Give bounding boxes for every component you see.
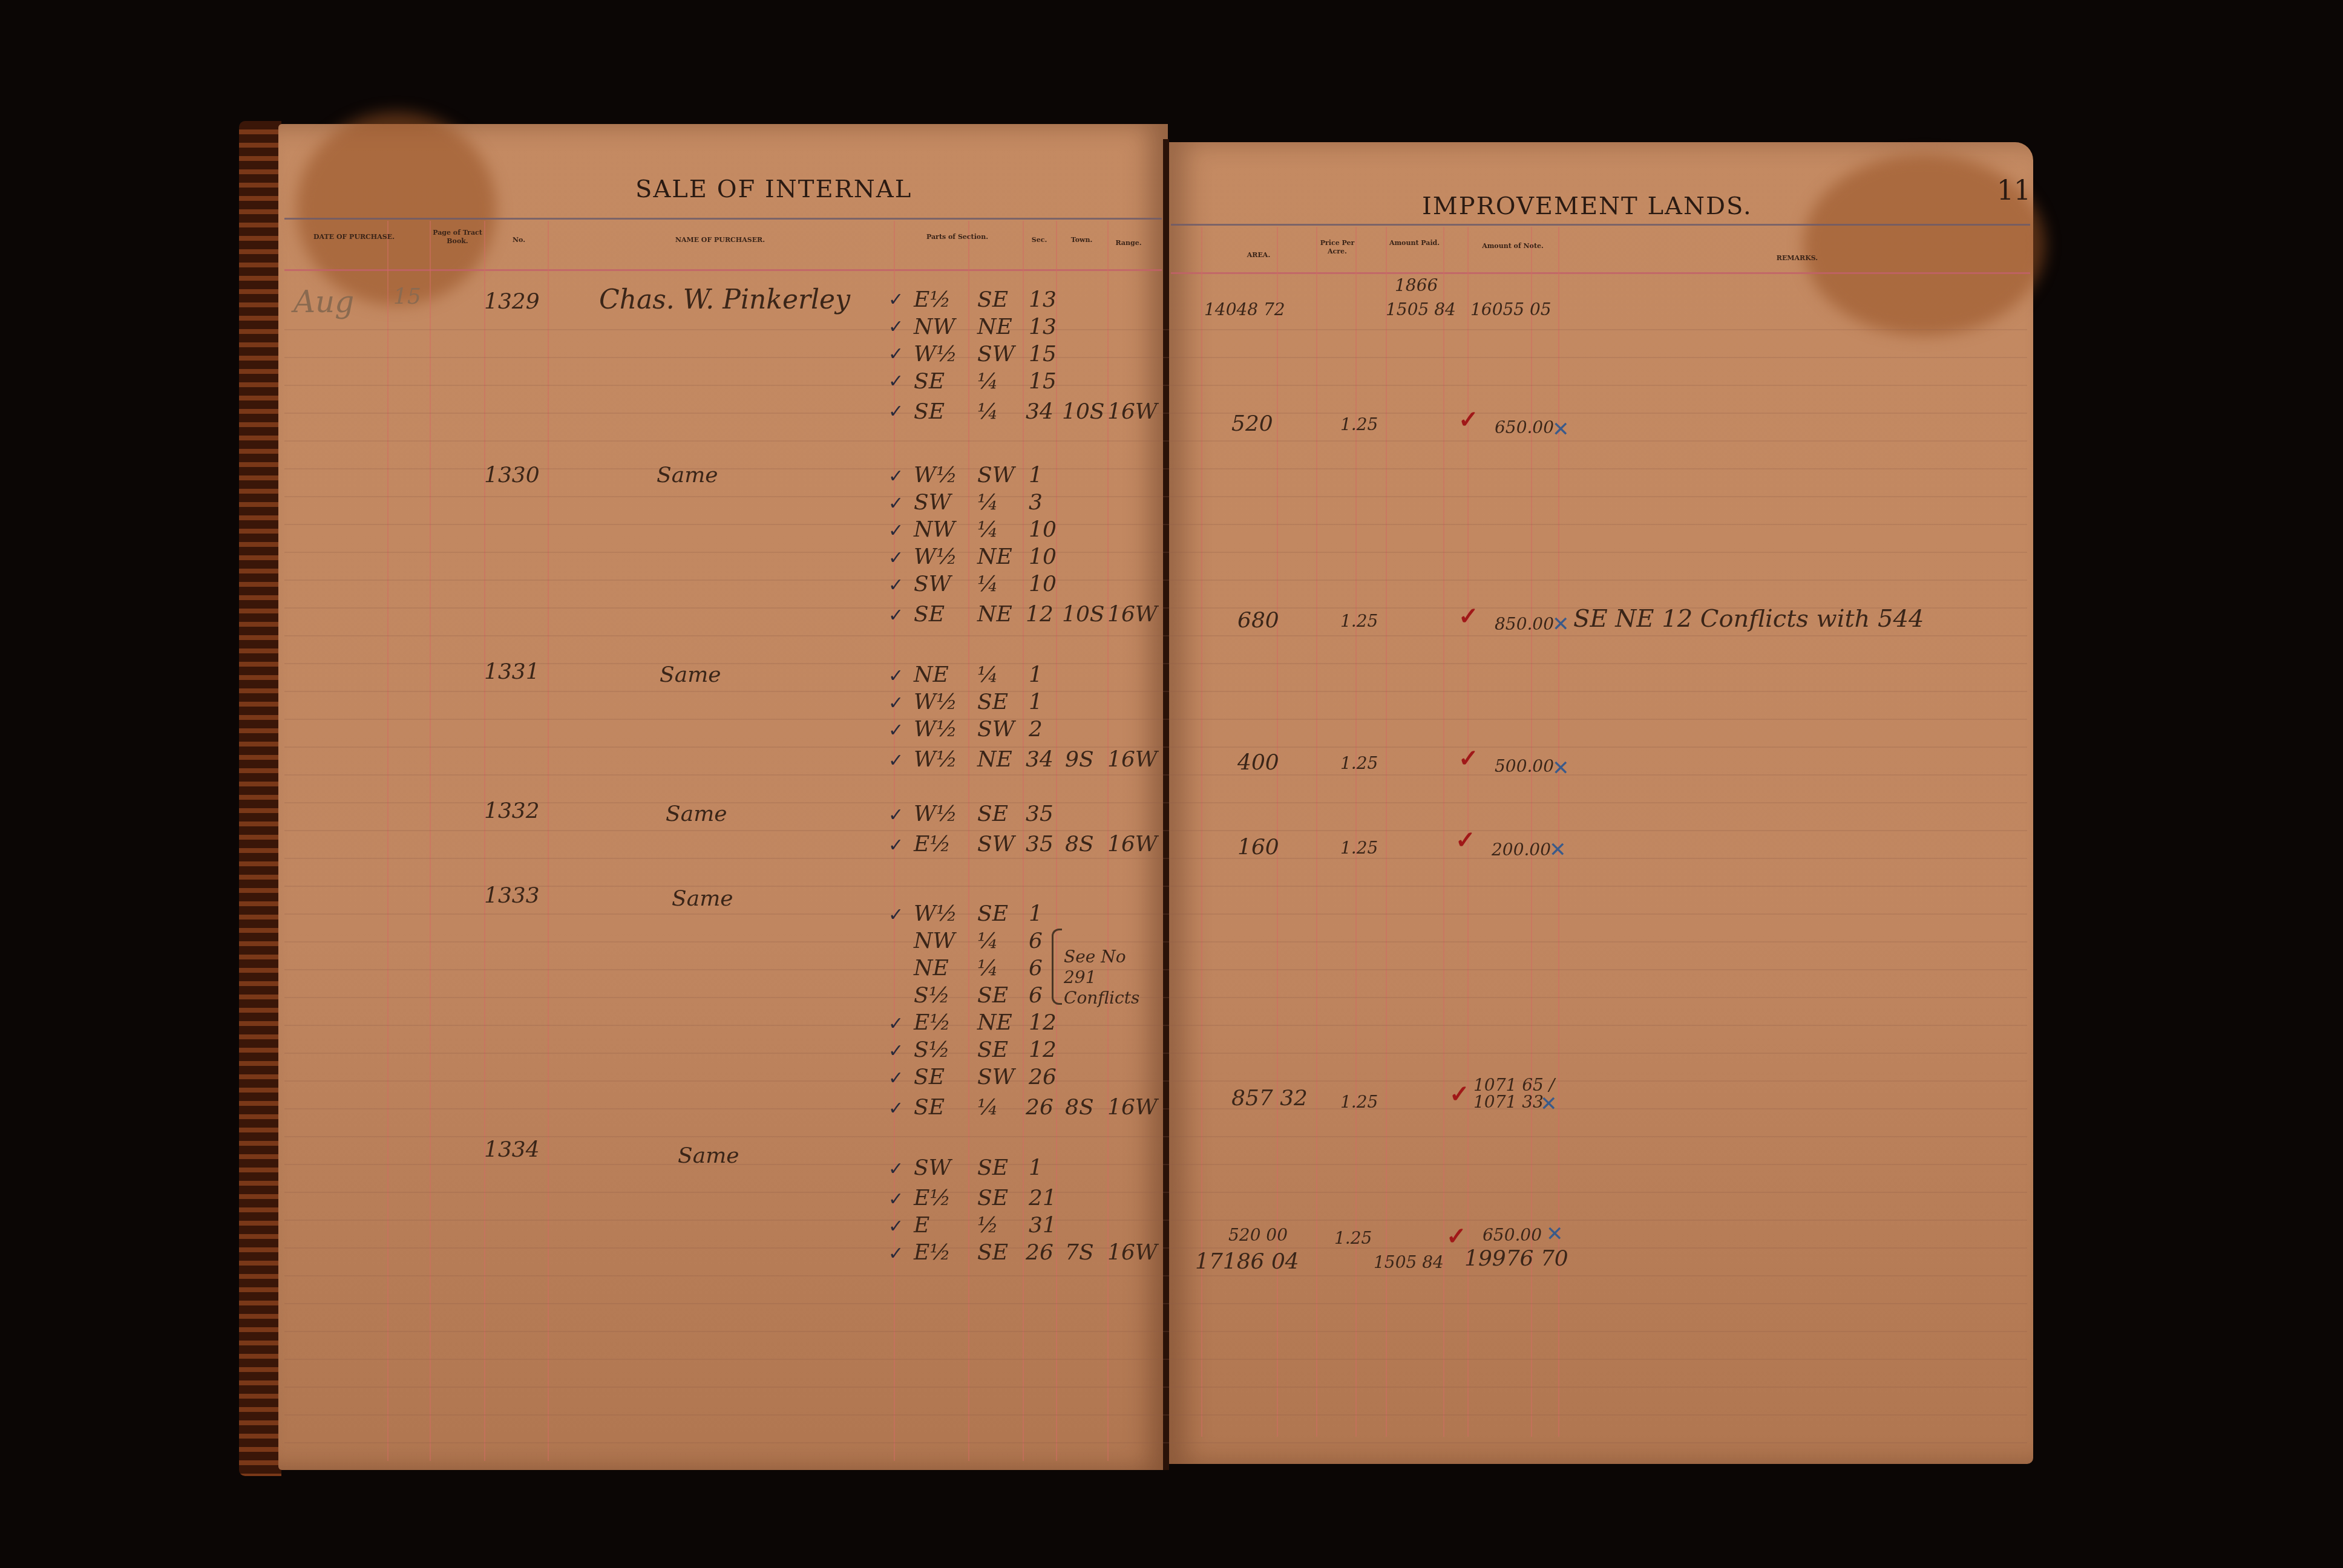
header-bottom-rule-right [1171, 272, 2030, 274]
entry-area: 520 00 [1228, 1225, 1288, 1245]
header-top-rule [284, 218, 1162, 220]
parcel-quarter: SE [977, 1155, 1008, 1180]
entry-price: 1.25 [1340, 1092, 1378, 1112]
header-top-rule-right [1171, 224, 2030, 226]
header-area: AREA. [1201, 251, 1316, 260]
parcel-quarter: ¼ [977, 517, 998, 542]
parcel-sec: 21 [1029, 1186, 1057, 1210]
parcel-part: SW [914, 490, 951, 515]
ruled-lines [284, 302, 2027, 1464]
parcel-sec: 6 [1029, 956, 1043, 981]
parcel-part: W½ [914, 463, 957, 488]
parcel-town: 10S [1062, 602, 1104, 627]
parcel-range: 16W [1107, 602, 1158, 627]
red-check-icon: ✓ [1458, 744, 1479, 773]
parcel-sec: 13 [1029, 315, 1057, 339]
entry-no: 1329 [484, 289, 540, 314]
red-check-icon: ✓ [1458, 602, 1479, 630]
check-icon: ✓ [888, 605, 903, 626]
check-icon: ✓ [888, 316, 903, 338]
parcel-quarter: SE [977, 287, 1008, 312]
header-parts: Parts of Section. [894, 233, 1021, 241]
parcel-quarter: SW [977, 1065, 1015, 1089]
red-check-icon: ✓ [1446, 1222, 1467, 1250]
parcel-quarter: SW [977, 717, 1015, 742]
parcel-part: SE [914, 399, 945, 424]
entry-note: 650.00 [1483, 1225, 1542, 1245]
parcel-sec: 1 [1029, 901, 1043, 926]
parcel-quarter: SE [977, 983, 1008, 1008]
water-stain [297, 112, 496, 305]
parcel-quarter: SW [977, 463, 1015, 488]
parcel-part: E [914, 1213, 929, 1238]
check-icon: ✓ [888, 1158, 903, 1180]
date-month: Aug [293, 284, 354, 319]
bracket-icon [1052, 929, 1062, 1005]
check-icon: ✓ [888, 665, 903, 687]
parcel-sec: 26 [1029, 1065, 1057, 1089]
parcel-range: 16W [1107, 1095, 1158, 1120]
carried-note: 16055 05 [1470, 299, 1552, 319]
parcel-sec: 10 [1029, 544, 1057, 569]
parcel-quarter: NE [977, 544, 1012, 569]
parcel-part: SE [914, 1095, 945, 1120]
parcel-sec: 6 [1029, 983, 1043, 1008]
parcel-sec: 1 [1029, 690, 1043, 714]
parcel-quarter: ¼ [977, 399, 998, 424]
parcel-part: NE [914, 956, 949, 981]
parcel-quarter: SE [977, 1037, 1008, 1062]
parcel-part: S½ [914, 1037, 950, 1062]
parcel-sec: 31 [1029, 1213, 1057, 1238]
parcel-part: NW [914, 929, 955, 953]
blue-x-mark-icon: ✕ [1540, 1092, 1558, 1116]
red-check-icon: ✓ [1449, 1080, 1470, 1108]
entry-area: 857 32 [1231, 1086, 1308, 1111]
parcel-quarter: NE [977, 315, 1012, 339]
parcel-part: W½ [914, 802, 957, 826]
check-icon: ✓ [888, 547, 903, 569]
parcel-quarter: SE [977, 901, 1008, 926]
parcel-quarter: SW [977, 832, 1015, 857]
check-icon: ✓ [888, 493, 903, 514]
parcel-town: 10S [1062, 399, 1104, 424]
carried-year-mark: 1866 [1395, 275, 1438, 295]
parcel-part: W½ [914, 342, 957, 367]
parcel-quarter: ¼ [977, 662, 998, 687]
parcel-sec: 15 [1029, 342, 1057, 367]
header-date: DATE OF PURCHASE. [284, 233, 424, 241]
purchaser-name: Same [660, 662, 721, 687]
check-icon: ✓ [888, 520, 903, 541]
parcel-sec: 12 [1029, 1037, 1057, 1062]
purchaser-name: Chas. W. Pinkerley [599, 284, 850, 315]
parcel-range: 16W [1107, 832, 1158, 857]
parcel-part: W½ [914, 747, 957, 772]
blue-x-mark-icon: ✕ [1546, 1222, 1564, 1246]
parcel-quarter: NE [977, 602, 1012, 627]
parcel-sec: 12 [1029, 1010, 1057, 1035]
check-icon: ✓ [888, 1013, 903, 1034]
header-bottom-rule [284, 269, 1162, 271]
parcel-sec: 10 [1029, 517, 1057, 542]
red-check-icon: ✓ [1458, 405, 1479, 434]
parcel-range: 16W [1107, 1240, 1158, 1265]
right-page-title: IMPROVEMENT LANDS. [1422, 192, 1752, 220]
purchaser-name: Same [666, 802, 727, 826]
parcel-sec: 10 [1029, 572, 1057, 596]
carried-paid: 1505 84 [1386, 299, 1456, 319]
parcel-quarter: SW [977, 342, 1015, 367]
check-icon: ✓ [888, 835, 903, 856]
parcel-sec: 15 [1029, 369, 1057, 394]
entry-price: 1.25 [1340, 838, 1378, 858]
entry-price: 1.25 [1340, 414, 1378, 434]
check-icon: ✓ [888, 1243, 903, 1264]
parcel-sec: 3 [1029, 490, 1043, 515]
entry-no: 1334 [484, 1137, 540, 1162]
parcel-sec: 12 [1026, 602, 1054, 627]
header-remarks: REMARKS. [1725, 254, 1870, 263]
entry-note: 850.00 [1495, 614, 1554, 634]
parcel-town: 8S [1065, 832, 1094, 857]
entry-remark: SE NE 12 Conflicts with 544 [1573, 605, 1924, 633]
parcel-quarter: SE [977, 1240, 1008, 1265]
blue-x-mark-icon: ✕ [1552, 417, 1570, 442]
parcel-sec: 26 [1026, 1095, 1054, 1120]
header-tract-page: Page of Tract Book. [431, 229, 484, 246]
entry-area: 520 [1231, 411, 1273, 436]
bracket-note: See No 291 Conflicts [1064, 947, 1155, 1008]
purchaser-name: Same [657, 463, 718, 488]
check-icon: ✓ [888, 1189, 903, 1210]
entry-no: 1333 [484, 883, 540, 908]
parcel-quarter: ¼ [977, 572, 998, 596]
entry-no: 1331 [484, 659, 540, 684]
parcel-quarter: ¼ [977, 1095, 998, 1120]
purchaser-name: Same [672, 886, 733, 911]
header-purchaser: NAME OF PURCHASER. [548, 236, 893, 244]
entry-price: 1.25 [1340, 753, 1378, 773]
left-page-title: SALE OF INTERNAL [635, 175, 912, 203]
red-check-icon: ✓ [1455, 826, 1476, 854]
header-note: Amount of Note. [1467, 242, 1558, 250]
parcel-town: 8S [1065, 1095, 1094, 1120]
check-icon: ✓ [888, 575, 903, 596]
parcel-part: NE [914, 662, 949, 687]
parcel-part: SE [914, 369, 945, 394]
parcel-quarter: NE [977, 747, 1012, 772]
entry-area: 400 [1237, 750, 1279, 775]
parcel-quarter: SE [977, 1186, 1008, 1210]
parcel-part: E½ [914, 1240, 951, 1265]
parcel-quarter: SE [977, 690, 1008, 714]
check-icon: ✓ [888, 344, 903, 365]
check-icon: ✓ [888, 1040, 903, 1062]
parcel-range: 16W [1107, 399, 1158, 424]
parcel-part: W½ [914, 690, 957, 714]
check-icon: ✓ [888, 1068, 903, 1089]
parcel-part: SW [914, 1155, 951, 1180]
book-spine [239, 121, 281, 1476]
parcel-quarter: ½ [977, 1213, 998, 1238]
parcel-sec: 34 [1026, 399, 1054, 424]
parcel-part: E½ [914, 832, 951, 857]
entry-area: 680 [1237, 608, 1279, 633]
entry-no: 1330 [484, 463, 540, 488]
parcel-part: W½ [914, 901, 957, 926]
parcel-part: E½ [914, 1186, 951, 1210]
total-paid: 1505 84 [1374, 1252, 1444, 1272]
check-icon: ✓ [888, 1216, 903, 1237]
check-icon: ✓ [888, 401, 903, 422]
parcel-sec: 35 [1026, 832, 1054, 857]
entry-no: 1332 [484, 799, 540, 823]
parcel-quarter: NE [977, 1010, 1012, 1035]
entry-note: 650.00 [1495, 417, 1554, 437]
header-range: Range. [1107, 239, 1150, 247]
parcel-sec: 6 [1029, 929, 1043, 953]
parcel-town: 7S [1065, 1240, 1094, 1265]
purchaser-name: Same [678, 1143, 739, 1168]
parcel-quarter: ¼ [977, 929, 998, 953]
parcel-sec: 26 [1026, 1240, 1054, 1265]
parcel-quarter: SE [977, 802, 1008, 826]
parcel-quarter: ¼ [977, 956, 998, 981]
check-icon: ✓ [888, 805, 903, 826]
parcel-sec: 1 [1029, 662, 1043, 687]
check-icon: ✓ [888, 1098, 903, 1119]
parcel-part: SW [914, 572, 951, 596]
parcel-sec: 34 [1026, 747, 1054, 772]
parcel-part: E½ [914, 287, 951, 312]
parcel-sec: 13 [1029, 287, 1057, 312]
header-paid: Amount Paid. [1386, 239, 1443, 247]
date-day: 15 [393, 284, 421, 309]
parcel-part: NW [914, 517, 955, 542]
entry-area: 160 [1237, 835, 1279, 860]
parcel-part: SE [914, 1065, 945, 1089]
total-note: 19976 70 [1464, 1246, 1568, 1271]
parcel-range: 16W [1107, 747, 1158, 772]
parcel-quarter: ¼ [977, 490, 998, 515]
blue-x-mark-icon: ✕ [1552, 612, 1570, 636]
parcel-part: W½ [914, 717, 957, 742]
parcel-sec: 35 [1026, 802, 1054, 826]
total-area: 17186 04 [1195, 1249, 1299, 1274]
header-town: Town. [1056, 236, 1107, 244]
parcel-part: S½ [914, 983, 950, 1008]
check-icon: ✓ [888, 466, 903, 487]
entry-note: 500.00 [1495, 756, 1554, 776]
blue-x-mark-icon: ✕ [1549, 838, 1567, 862]
blue-x-mark-icon: ✕ [1552, 756, 1570, 780]
parcel-part: SE [914, 602, 945, 627]
page-number: 11 [1997, 175, 2031, 206]
parcel-quarter: ¼ [977, 369, 998, 394]
entry-note: 200.00 [1492, 840, 1551, 860]
carried-area: 14048 72 [1204, 299, 1285, 319]
header-no: No. [490, 236, 548, 244]
parcel-part: W½ [914, 544, 957, 569]
check-icon: ✓ [888, 371, 903, 392]
entry-price: 1.25 [1340, 611, 1378, 631]
parcel-town: 9S [1065, 747, 1094, 772]
parcel-part: NW [914, 315, 955, 339]
parcel-part: E½ [914, 1010, 951, 1035]
check-icon: ✓ [888, 720, 903, 741]
header-price: Price Per Acre. [1316, 239, 1358, 256]
check-icon: ✓ [888, 289, 903, 310]
check-icon: ✓ [888, 904, 903, 926]
parcel-sec: 1 [1029, 1155, 1043, 1180]
parcel-sec: 2 [1029, 717, 1043, 742]
check-icon: ✓ [888, 693, 903, 714]
check-icon: ✓ [888, 750, 903, 771]
parcel-sec: 1 [1029, 463, 1043, 488]
entry-price: 1.25 [1334, 1228, 1372, 1248]
header-sec: Sec. [1023, 236, 1056, 244]
